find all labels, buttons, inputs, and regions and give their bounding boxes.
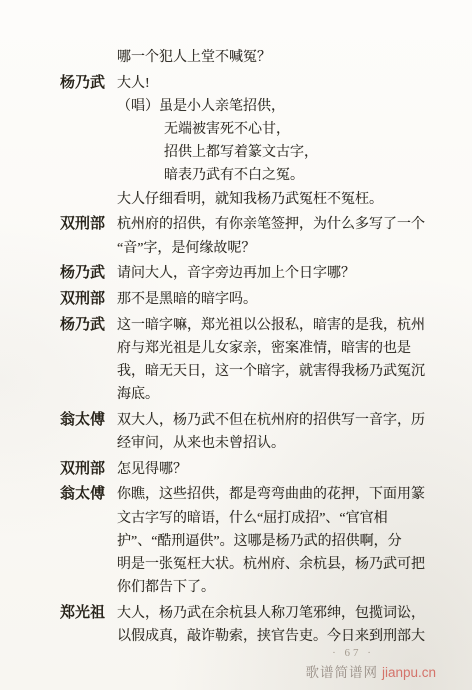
script-line: 这一暗字嘛，郑光祖以公报私，暗害的是我，杭州 [117, 314, 472, 337]
dialogue-entry: 翁太傅 双大人，杨乃武不但在杭州府的招供写一音字，历 经审问，从来也未曾招认。 [0, 409, 472, 455]
dialogue-entry: 双刑部 杭州府的招供，有你亲笔签押，为什么多写了一个 “音”字，是何缘故呢？ [0, 213, 472, 259]
dialogue-entry: 双刑部 那不是黑暗的暗字吗。 [0, 288, 472, 311]
script-line: 大人! [117, 72, 472, 95]
script-content: 哪一个犯人上堂不喊冤？ 杨乃武 大人! （唱）虽是小人亲笔招供， 无端被害死不心… [0, 46, 472, 651]
script-line: 哪一个犯人上堂不喊冤？ [117, 46, 472, 69]
script-line: 海底。 [117, 383, 472, 406]
speaker-name: 双刑部 [60, 458, 105, 481]
speaker-name: 杨乃武 [60, 72, 105, 95]
script-line: 大人，杨乃武在余杭县人称刀笔邪绅，包揽词讼， [117, 602, 472, 625]
dialogue-entry: 哪一个犯人上堂不喊冤？ [0, 46, 472, 69]
watermark-link: jianpu.cn [382, 665, 436, 680]
dialogue-entry: 杨乃武 请问大人，音字旁边再加上个日字哪？ [0, 262, 472, 285]
speaker-name: 杨乃武 [60, 262, 105, 285]
speaker-name: 双刑部 [60, 213, 105, 236]
dialogue-entry: 杨乃武 大人! （唱）虽是小人亲笔招供， 无端被害死不心甘， 招供上都写着篆文古… [0, 72, 472, 211]
script-line: 大人仔细看明，就知我杨乃武冤枉不冤枉。 [117, 188, 472, 211]
script-line-sung: 招供上都写着篆文古字， [117, 141, 472, 164]
script-line-sung: 无端被害死不心甘， [117, 118, 472, 141]
script-line: 怎见得哪？ [117, 458, 472, 481]
watermark: 歌谱简谱网jianpu.cn [305, 661, 436, 681]
script-line: 那不是黑暗的暗字吗。 [117, 288, 472, 311]
speaker-name: 郑光祖 [60, 602, 105, 625]
dialogue-entry: 翁太傅 你瞧，这些招供，都是弯弯曲曲的花押，下面用篆 文古字写的暗语，什么“屈打… [0, 483, 472, 599]
speaker-name: 双刑部 [60, 288, 105, 311]
speaker-name: 翁太傅 [60, 483, 105, 506]
script-line: 杭州府的招供，有你亲笔签押，为什么多写了一个 [117, 213, 472, 236]
script-line: （唱）虽是小人亲笔招供， [117, 95, 472, 118]
script-line: 以假成真，敲诈勒索，挟官告吏。今日来到刑部大 [117, 625, 472, 648]
script-line: 你们都告下了。 [117, 576, 472, 599]
dialogue-entry: 郑光祖 大人，杨乃武在余杭县人称刀笔邪绅，包揽词讼， 以假成真，敲诈勒索，挟官告… [0, 602, 472, 648]
script-line: 你瞧，这些招供，都是弯弯曲曲的花押，下面用篆 [117, 483, 472, 506]
dialogue-entry: 双刑部 怎见得哪？ [0, 458, 472, 481]
script-line: 经审问，从来也未曾招认。 [117, 432, 472, 455]
script-line-sung: 暗表乃武有不白之冤。 [117, 164, 472, 187]
script-line: 我，暗无天日，这一个暗字，就害得我杨乃武冤沉 [117, 360, 472, 383]
script-line: 双大人，杨乃武不但在杭州府的招供写一音字，历 [117, 409, 472, 432]
page-number: · 67 · [326, 647, 380, 659]
book-page: 哪一个犯人上堂不喊冤？ 杨乃武 大人! （唱）虽是小人亲笔招供， 无端被害死不心… [0, 0, 472, 690]
script-line: “音”字，是何缘故呢？ [117, 237, 472, 260]
speaker-name: 翁太傅 [60, 409, 105, 432]
script-line: 护”、“酷刑逼供”。这哪是杨乃武的招供啊，分 [117, 530, 472, 553]
watermark-site: 歌谱简谱网 [305, 665, 378, 680]
script-line: 请问大人，音字旁边再加上个日字哪？ [117, 262, 472, 285]
dialogue-entry: 杨乃武 这一暗字嘛，郑光祖以公报私，暗害的是我，杭州 府与郑光祖是儿女家亲，密案… [0, 314, 472, 407]
script-line: 明是一张冤枉大状。杭州府、余杭县，杨乃武可把 [117, 553, 472, 576]
script-line: 文古字写的暗语，什么“屈打成招”、“官官相 [117, 507, 472, 530]
script-line: 府与郑光祖是儿女家亲，密案准情，暗害的也是 [117, 337, 472, 360]
speaker-name: 杨乃武 [60, 314, 105, 337]
